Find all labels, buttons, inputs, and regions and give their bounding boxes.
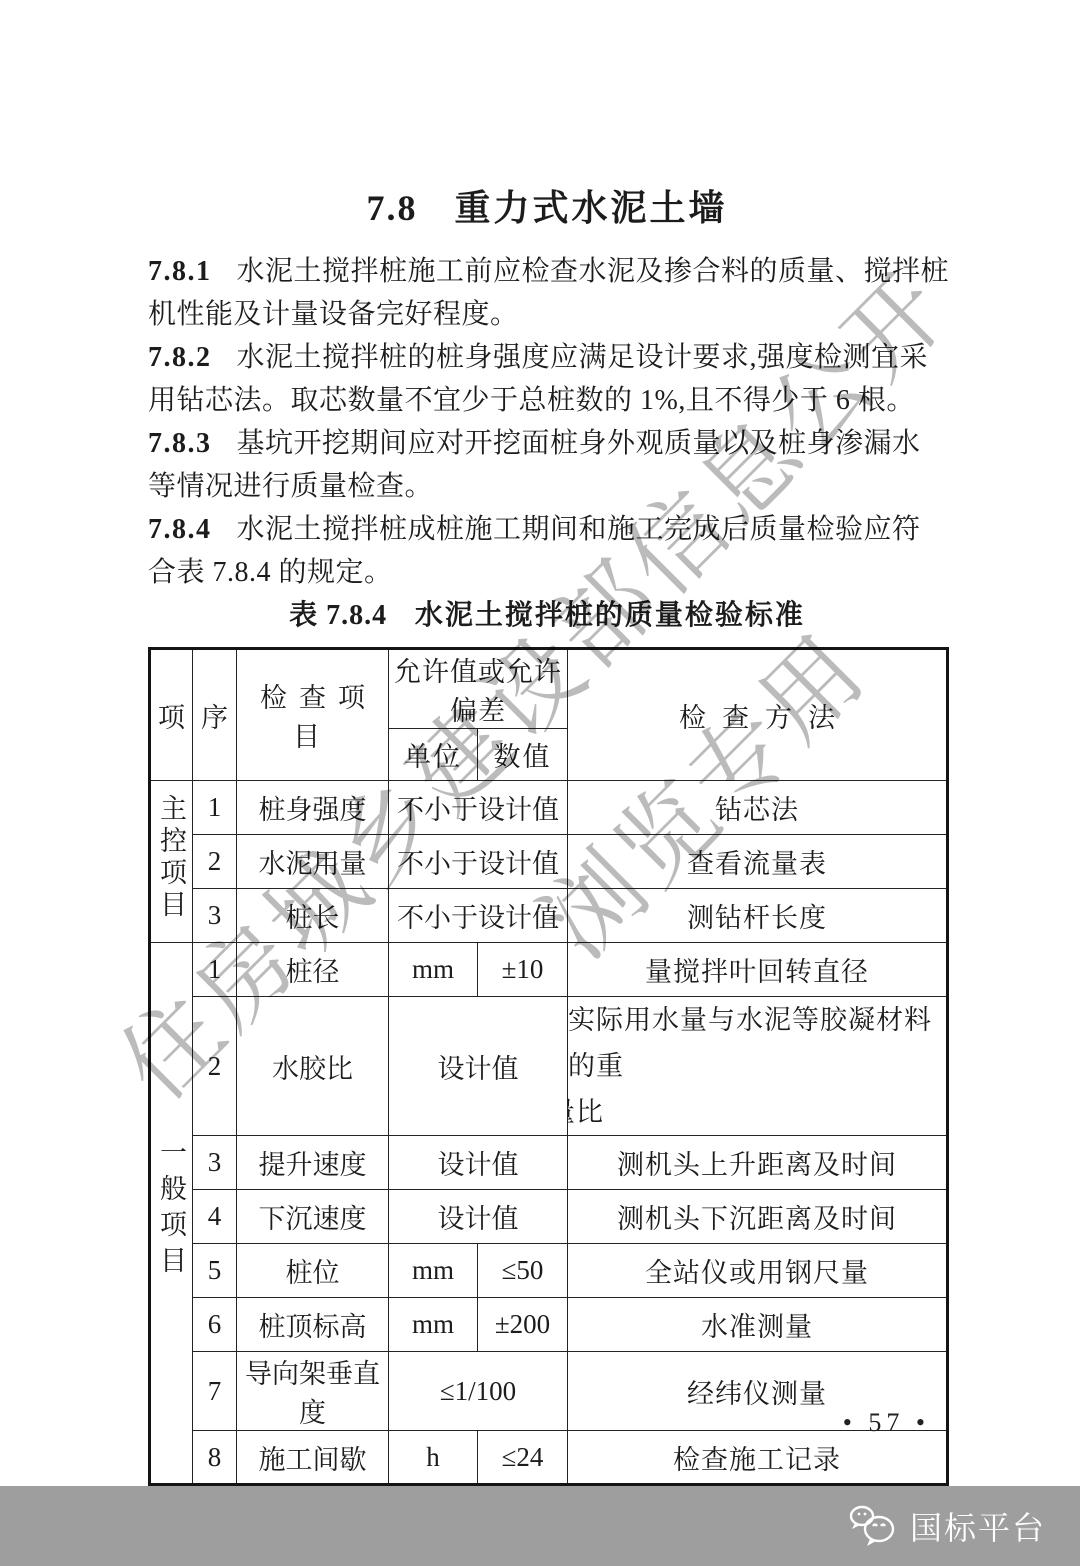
clause-text: 水泥土搅拌桩施工前应检查水泥及掺合料的质量、搅拌桩	[237, 256, 950, 287]
row-method: 量搅拌叶回转直径	[568, 943, 948, 997]
row-method: 查看流量表	[568, 835, 948, 889]
section-title-text: 重力式水泥土墙	[454, 187, 727, 228]
clause-line: 7.8.2水泥土搅拌桩的桩身强度应满足设计要求,强度检测宜采	[148, 336, 946, 379]
row-method: 全站仪或用钢尺量	[568, 1244, 948, 1298]
footer-bar: 国标平台	[0, 1486, 1080, 1566]
brand-name: 国标平台	[910, 1503, 1046, 1549]
table-row: 3 桩长 不小于设计值 测钻杆长度	[150, 889, 948, 943]
row-item: 下沉速度	[237, 1190, 389, 1244]
row-seq: 3	[193, 889, 237, 943]
row-seq: 3	[193, 1136, 237, 1190]
row-method: 测钻杆长度	[568, 889, 948, 943]
clause-line: 7.8.3基坑开挖期间应对开挖面桩身外观质量以及桩身渗漏水	[148, 422, 946, 465]
clause-line: 用钻芯法。取芯数量不宜少于总桩数的 1%,且不得少于 6 根。	[148, 379, 946, 422]
col-header-seq: 序	[193, 649, 237, 781]
method-line: 量比	[568, 1089, 947, 1135]
table-row: 4 下沉速度 设计值 测机头下沉距离及时间	[150, 1190, 948, 1244]
clause-block: 7.8.1水泥土搅拌桩施工前应检查水泥及掺合料的质量、搅拌桩 机性能及计量设备完…	[148, 250, 946, 594]
row-seq: 4	[193, 1190, 237, 1244]
wechat-bubbles-icon	[848, 1503, 900, 1549]
clause-line: 7.8.4水泥土搅拌桩成桩施工期间和施工完成后质量检验应符	[148, 508, 946, 551]
row-unit: mm	[389, 1244, 478, 1298]
clause-number: 7.8.3	[148, 428, 212, 459]
row-allowed: 不小于设计值	[389, 889, 568, 943]
row-allowed: 不小于设计值	[389, 781, 568, 835]
row-item: 桩身强度	[237, 781, 389, 835]
row-value: ±10	[478, 943, 568, 997]
row-seq: 7	[193, 1352, 237, 1431]
page-number: • 57 •	[843, 1408, 930, 1438]
row-item: 水泥用量	[237, 835, 389, 889]
table-row: 2 水泥用量 不小于设计值 查看流量表	[150, 835, 948, 889]
table-row: 3 提升速度 设计值 测机头上升距离及时间	[150, 1136, 948, 1190]
section-title: 7.8 重力式水泥土墙	[148, 0, 946, 230]
row-item: 桩长	[237, 889, 389, 943]
row-item: 桩径	[237, 943, 389, 997]
row-method: 测机头下沉距离及时间	[568, 1190, 948, 1244]
clause-number: 7.8.2	[148, 342, 212, 373]
row-item: 施工间歇	[237, 1431, 389, 1485]
clause-line: 合表 7.8.4 的规定。	[148, 551, 946, 594]
group-label-main-control: 主控项目	[150, 781, 193, 943]
row-seq: 2	[193, 835, 237, 889]
table-row: 5 桩位 mm ≤50 全站仪或用钢尺量	[150, 1244, 948, 1298]
col-header-check-item: 检查项目	[237, 649, 389, 781]
method-line: 实际用水量与水泥等胶凝材料的重	[568, 997, 946, 1089]
table-row: 主控项目 1 桩身强度 不小于设计值 钻芯法	[150, 781, 948, 835]
table-row: 6 桩顶标高 mm ±200 水准测量	[150, 1298, 948, 1352]
row-method: 检查施工记录	[568, 1431, 948, 1485]
row-item: 水胶比	[237, 997, 389, 1136]
row-allowed: 设计值	[389, 1190, 568, 1244]
table-row: 8 施工间歇 h ≤24 检查施工记录	[150, 1431, 948, 1485]
col-header-unit: 单位	[389, 729, 478, 781]
col-header-item: 项	[150, 649, 193, 781]
row-seq: 1	[193, 943, 237, 997]
row-method: 实际用水量与水泥等胶凝材料的重 量比	[568, 997, 948, 1136]
row-value: ≤50	[478, 1244, 568, 1298]
row-seq: 2	[193, 997, 237, 1136]
table-row: 7 导向架垂直度 ≤1/100 经纬仪测量	[150, 1352, 948, 1431]
table-caption-text: 水泥土搅拌桩的质量检验标准	[415, 599, 805, 630]
row-method: 测机头上升距离及时间	[568, 1136, 948, 1190]
clause-line: 机性能及计量设备完好程度。	[148, 293, 946, 336]
table-caption: 表 7.8.4 水泥土搅拌桩的质量检验标准	[148, 594, 946, 636]
row-item: 提升速度	[237, 1136, 389, 1190]
table-row: 一般项目 1 桩径 mm ±10 量搅拌叶回转直径	[150, 943, 948, 997]
brand-logo: 国标平台	[848, 1503, 1046, 1549]
row-method: 水准测量	[568, 1298, 948, 1352]
row-unit: h	[389, 1431, 478, 1485]
col-header-value: 数值	[478, 729, 568, 781]
table-caption-number: 表 7.8.4	[289, 600, 387, 631]
clause-number: 7.8.4	[148, 514, 212, 545]
row-seq: 1	[193, 781, 237, 835]
row-seq: 6	[193, 1298, 237, 1352]
document-page: 7.8 重力式水泥土墙 7.8.1水泥土搅拌桩施工前应检查水泥及掺合料的质量、搅…	[0, 0, 1080, 1566]
col-header-allowed: 允许值或允许偏差	[389, 649, 568, 729]
row-seq: 5	[193, 1244, 237, 1298]
clause-text: 水泥土搅拌桩成桩施工期间和施工完成后质量检验应符	[237, 514, 921, 545]
clause-line: 等情况进行质量检查。	[148, 465, 946, 508]
page-content: 7.8 重力式水泥土墙 7.8.1水泥土搅拌桩施工前应检查水泥及掺合料的质量、搅…	[148, 0, 946, 1486]
row-allowed: 设计值	[389, 1136, 568, 1190]
group-label-general: 一般项目	[150, 943, 193, 1485]
inspection-table: 项 序 检查项目 允许值或允许偏差 检查方法 单位 数值 主控项目 1 桩身强度…	[148, 647, 949, 1486]
row-item: 桩顶标高	[237, 1298, 389, 1352]
section-number: 7.8	[366, 188, 417, 228]
row-method: 钻芯法	[568, 781, 948, 835]
col-header-method: 检查方法	[568, 649, 948, 781]
clause-line: 7.8.1水泥土搅拌桩施工前应检查水泥及掺合料的质量、搅拌桩	[148, 250, 946, 293]
clause-text: 水泥土搅拌桩的桩身强度应满足设计要求,强度检测宜采	[237, 342, 929, 373]
clause-text: 基坑开挖期间应对开挖面桩身外观质量以及桩身渗漏水	[237, 428, 921, 459]
row-unit: mm	[389, 1298, 478, 1352]
row-allowed: ≤1/100	[389, 1352, 568, 1431]
row-seq: 8	[193, 1431, 237, 1485]
row-value: ±200	[478, 1298, 568, 1352]
table-row: 2 水胶比 设计值 实际用水量与水泥等胶凝材料的重 量比	[150, 997, 948, 1136]
row-allowed: 设计值	[389, 997, 568, 1136]
row-item: 导向架垂直度	[237, 1352, 389, 1431]
row-item: 桩位	[237, 1244, 389, 1298]
row-unit: mm	[389, 943, 478, 997]
row-allowed: 不小于设计值	[389, 835, 568, 889]
clause-number: 7.8.1	[148, 256, 212, 287]
row-value: ≤24	[478, 1431, 568, 1485]
